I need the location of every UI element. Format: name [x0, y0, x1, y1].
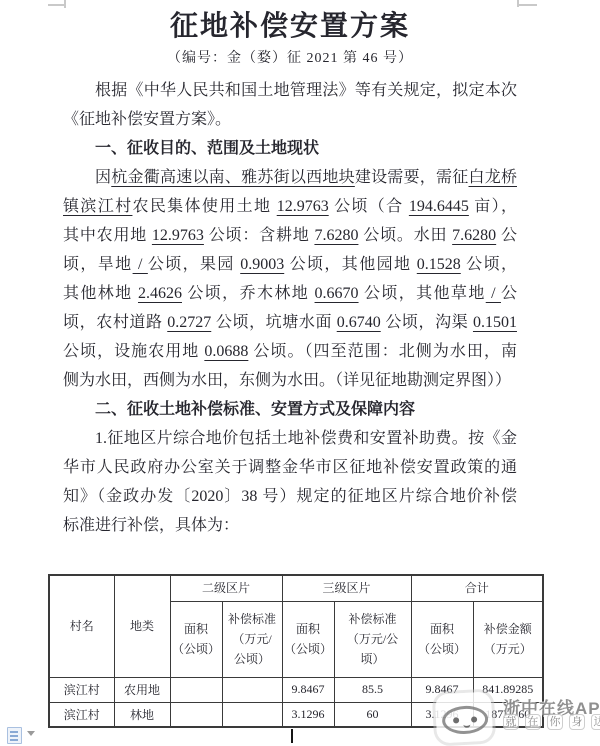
filled-blank-value: 杭金衢高速以南、雅苏街以西地块	[111, 169, 355, 186]
col-sub-header: 补偿标准 （万元/ 公顷）	[222, 601, 282, 677]
document-line: 1.征地区片综合地价包括土地补偿费和安置补助费。按《金	[63, 424, 517, 453]
text-run: 顷，农村道路	[63, 314, 167, 331]
filled-blank-value: 0.6740	[337, 314, 381, 331]
text-cursor	[291, 729, 293, 743]
text-run: 公顷，其他草地	[359, 285, 486, 302]
compensation-table: 村名地类二级区片三级区片合计面积 （公顷）补偿标准 （万元/ 公顷）面积 （公顷…	[48, 574, 544, 728]
text-run: 《征地补偿安置方案》。	[63, 111, 231, 128]
text-run: 公顷，沟渠	[381, 314, 473, 331]
text-run: 公顷，设施农用地	[63, 343, 204, 360]
text-run: 公顷：含耕地	[204, 227, 315, 244]
filled-blank-value: 12.9763	[152, 227, 204, 244]
document-number: （编号：金（婺）征 2021 第 46 号）	[63, 48, 517, 70]
table-data-cell: 187.7760	[473, 702, 543, 727]
filled-blank-value: 白龙桥	[469, 169, 517, 186]
crop-mark-top-right	[518, 4, 537, 6]
crop-mark-top-left-vertical	[64, 0, 66, 8]
text-run: 公顷（合	[329, 198, 409, 215]
col-group-header: 三级区片	[282, 575, 411, 601]
text-run: 公顷，	[461, 256, 517, 273]
table-data-cell: 滨江村	[49, 677, 114, 702]
filled-blank-value: /	[133, 256, 148, 273]
col-sub-header: 面积 （公顷）	[411, 601, 473, 677]
document-line: 华市人民政府办公室关于调整金华市区征地补偿安置政策的通	[63, 453, 517, 482]
document-line: 公顷，设施农用地 0.0688 公顷。（四至范围：北侧为水田，南	[63, 337, 517, 366]
text-run: 二、征收土地补偿标准、安置方式及保障内容	[95, 401, 415, 418]
text-run: 公顷，其他园地	[284, 256, 417, 273]
document-line: 镇滨江村农民集体使用土地 12.9763 公顷（合 194.6445 亩），	[63, 192, 517, 221]
document-line: 因杭金衢高速以南、雅苏街以西地块建设需要，需征白龙桥	[63, 163, 517, 192]
document-line: 知》（金政办发〔2020〕38 号）规定的征地区片综合地价补偿	[63, 482, 517, 511]
col-header-village: 村名	[49, 575, 114, 677]
filled-blank-value: 0.6670	[315, 285, 359, 302]
paste-document-icon	[7, 727, 22, 744]
filled-blank-value: 12.9763	[277, 198, 329, 215]
text-run: 因	[95, 169, 111, 186]
col-sub-header: 面积 （公顷）	[170, 601, 222, 677]
document-line: 顷，旱地 / 公顷，果园 0.9003 公顷，其他园地 0.1528 公顷，	[63, 250, 517, 279]
text-run: 其中农用地	[63, 227, 152, 244]
document-line: 《征地补偿安置方案》。	[63, 105, 517, 134]
document-body[interactable]: 根据《中华人民共和国土地管理法》等有关规定，拟定本次《征地补偿安置方案》。一、征…	[63, 76, 517, 540]
text-run: 华市人民政府办公室关于调整金华市区征地补偿安置政策的通	[63, 459, 517, 476]
text-run: 标准进行补偿，具体为：	[63, 517, 239, 534]
col-group-header: 二级区片	[170, 575, 282, 601]
filled-blank-value: 7.6280	[452, 227, 496, 244]
text-run: 公顷，坑塘水面	[211, 314, 336, 331]
document-line: 顷，农村道路 0.2727 公顷，坑塘水面 0.6740 公顷，沟渠 0.150…	[63, 308, 517, 337]
paste-options-button[interactable]	[5, 726, 39, 744]
text-run: 一、征收目的、范围及土地现状	[95, 140, 319, 157]
col-sub-header: 面积 （公顷）	[282, 601, 334, 677]
filled-blank-value: 194.6445	[409, 198, 469, 215]
document-line: 根据《中华人民共和国土地管理法》等有关规定，拟定本次	[63, 76, 517, 105]
document-heading: 一、征收目的、范围及土地现状	[63, 134, 517, 163]
document-title: 征地补偿安置方案	[63, 8, 517, 46]
table-data-cell: 3.1296	[411, 702, 473, 727]
table-data-cell	[170, 702, 222, 727]
filled-blank-value: 0.1501	[473, 314, 517, 331]
text-run: 亩），	[469, 198, 517, 215]
text-run: 公顷，乔木林地	[182, 285, 315, 302]
col-group-header: 合计	[411, 575, 543, 601]
table-data-cell: 滨江村	[49, 702, 114, 727]
table-data-cell	[222, 702, 282, 727]
table-data-cell: 林地	[114, 702, 170, 727]
filled-blank-value: 镇滨江村	[63, 198, 132, 215]
table-data-cell	[222, 677, 282, 702]
table-row: 滨江村农用地9.846785.59.8467841.89285	[49, 677, 543, 702]
col-sub-header: 补偿标准 （万元/公 顷）	[334, 601, 411, 677]
text-run: 公	[501, 285, 517, 302]
document-line: 其他林地 2.4626 公顷，乔木林地 0.6670 公顷，其他草地 / 公	[63, 279, 517, 308]
table-data-cell: 9.8467	[282, 677, 334, 702]
filled-blank-value: 0.2727	[167, 314, 211, 331]
text-run: 建设需要，需征	[355, 169, 469, 186]
table-data-cell: 9.8467	[411, 677, 473, 702]
document-line: 侧为水田，西侧为水田，东侧为水田。（详见征地勘测定界图））	[63, 366, 517, 395]
filled-blank-value: 2.4626	[138, 285, 182, 302]
chevron-down-icon	[27, 731, 35, 736]
text-run: 公顷。（四至范围：北侧为水田，南	[248, 343, 517, 360]
table-data-cell: 60	[334, 702, 411, 727]
text-run: 公	[496, 227, 517, 244]
text-run: 1.征地区片综合地价包括土地补偿费和安置补助费。按《金	[95, 430, 517, 447]
text-run: 顷，旱地	[63, 256, 133, 273]
document-line: 其中农用地 12.9763 公顷：含耕地 7.6280 公顷。水田 7.6280…	[63, 221, 517, 250]
text-run: 农民集体使用土地	[132, 198, 276, 215]
table-data-cell: 3.1296	[282, 702, 334, 727]
text-run: 其他林地	[63, 285, 138, 302]
filled-blank-value: 0.0688	[204, 343, 248, 360]
text-run: 根据《中华人民共和国土地管理法》等有关规定，拟定本次	[95, 82, 517, 99]
document-line: 标准进行补偿，具体为：	[63, 511, 517, 540]
table-data-cell: 85.5	[334, 677, 411, 702]
watermark-tagline-char: 边	[591, 714, 600, 730]
filled-blank-value: 0.1528	[417, 256, 461, 273]
filled-blank-value: /	[486, 285, 501, 302]
table-data-cell: 841.89285	[473, 677, 543, 702]
text-run: 知》（金政办发〔2020〕38 号）规定的征地区片综合地价补偿	[63, 488, 517, 505]
watermark-tagline-char: 你	[547, 714, 563, 730]
filled-blank-value: 7.6280	[314, 227, 358, 244]
table-row: 滨江村林地3.1296603.1296187.7760	[49, 702, 543, 727]
text-run: 公顷。水田	[358, 227, 452, 244]
col-sub-header: 补偿金额 （万元）	[473, 601, 543, 677]
col-header-landtype: 地类	[114, 575, 170, 677]
text-run: 公顷，果园	[148, 256, 240, 273]
watermark-tagline-char: 身	[569, 714, 585, 730]
crop-mark-top-right-vertical	[517, 0, 519, 7]
table-data-cell	[170, 677, 222, 702]
text-run: 侧为水田，西侧为水田，东侧为水田。（详见征地勘测定界图））	[63, 372, 511, 389]
filled-blank-value: 0.9003	[240, 256, 284, 273]
document-heading: 二、征收土地补偿标准、安置方式及保障内容	[63, 395, 517, 424]
table-data-cell: 农用地	[114, 677, 170, 702]
word-document-page: 征地补偿安置方案 （编号：金（婺）征 2021 第 46 号） 根据《中华人民共…	[0, 0, 600, 746]
